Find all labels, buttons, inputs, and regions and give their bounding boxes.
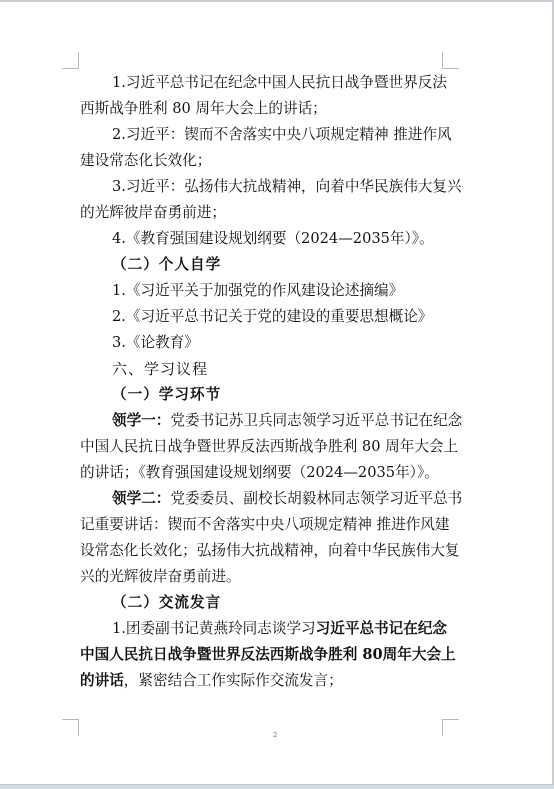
subsection-heading-exchange: （二）交流发言 xyxy=(80,590,464,616)
text-line: 领学一：党委书记苏卫兵同志领学习近平总书记在纪念 xyxy=(80,408,464,434)
subsection-heading-study-session: （一）学习环节 xyxy=(80,382,464,408)
text-line: 西斯战争胜利 80 周年大会上的讲话； xyxy=(80,96,464,122)
text-line: 建设常态化长效化； xyxy=(80,148,464,174)
page-number: 2 xyxy=(273,731,277,739)
bold-label: 领学一： xyxy=(112,412,170,429)
text-run: 党委书记苏卫兵同志领学习近平总书记在纪念 xyxy=(170,412,462,429)
margin-corner-mark-bottom-left xyxy=(62,719,79,736)
margin-corner-mark-top-left xyxy=(62,52,79,69)
text-line: 的讲话；《教育强国建设规划纲要（2024—2035年）》。 xyxy=(80,460,464,486)
text-line: 1.习近平总书记在纪念中国人民抗日战争暨世界反法 xyxy=(80,70,464,96)
section-heading-study-agenda: 六、学习议程 xyxy=(80,356,464,382)
text-line: 中国人民抗日战争暨世界反法西斯战争胜利 80周年大会上 xyxy=(80,642,464,668)
document-body[interactable]: 1.习近平总书记在纪念中国人民抗日战争暨世界反法 西斯战争胜利 80 周年大会上… xyxy=(80,70,464,694)
text-line: 的讲话，紧密结合工作实际作交流发言； xyxy=(80,668,464,694)
page-bottom-edge xyxy=(0,784,554,789)
bold-run: 习近平总书记在纪念 xyxy=(316,620,447,637)
text-line: 4.《教育强国建设规划纲要（2024—2035年）》。 xyxy=(80,226,464,252)
text-line: 兴的光辉彼岸奋勇前进。 xyxy=(80,564,464,590)
text-line: 2.《习近平总书记关于党的建设的重要思想概论》 xyxy=(80,304,464,330)
text-line: 1.团委副书记黄燕玲同志谈学习习近平总书记在纪念 xyxy=(80,616,464,642)
text-line: 记重要讲话：锲而不舍落实中央八项规定精神 推进作风建 xyxy=(80,512,464,538)
text-line: 2.习近平：锲而不舍落实中央八项规定精神 推进作风 xyxy=(80,122,464,148)
bold-label: 领学二： xyxy=(112,490,170,507)
text-line: 中国人民抗日战争暨世界反法西斯战争胜利 80 周年大会上 xyxy=(80,434,464,460)
text-line: 领学二：党委委员、副校长胡毅林同志领学习近平总书 xyxy=(80,486,464,512)
margin-corner-mark-bottom-right xyxy=(442,719,459,736)
text-line: 1.《习近平关于加强党的作风建设论述摘编》 xyxy=(80,278,464,304)
text-line: 的光辉彼岸奋勇前进； xyxy=(80,200,464,226)
subsection-heading-self-study: （二）个人自学 xyxy=(80,252,464,278)
text-run: 1.团委副书记黄燕玲同志谈学习 xyxy=(112,620,316,637)
window-top-border xyxy=(0,0,554,2)
text-line: 3.习近平：弘扬伟大抗战精神，向着中华民族伟大复兴 xyxy=(80,174,464,200)
text-line: 设常态化长效化；弘扬伟大抗战精神，向着中华民族伟大复 xyxy=(80,538,464,564)
text-run: ，紧密结合工作实际作交流发言； xyxy=(124,672,343,689)
text-run: 党委委员、副校长胡毅林同志领学习近平总书 xyxy=(170,490,462,507)
margin-corner-mark-top-right xyxy=(442,52,459,69)
text-line: 3.《论教育》 xyxy=(80,330,464,356)
bold-run: 的讲话 xyxy=(80,672,124,689)
